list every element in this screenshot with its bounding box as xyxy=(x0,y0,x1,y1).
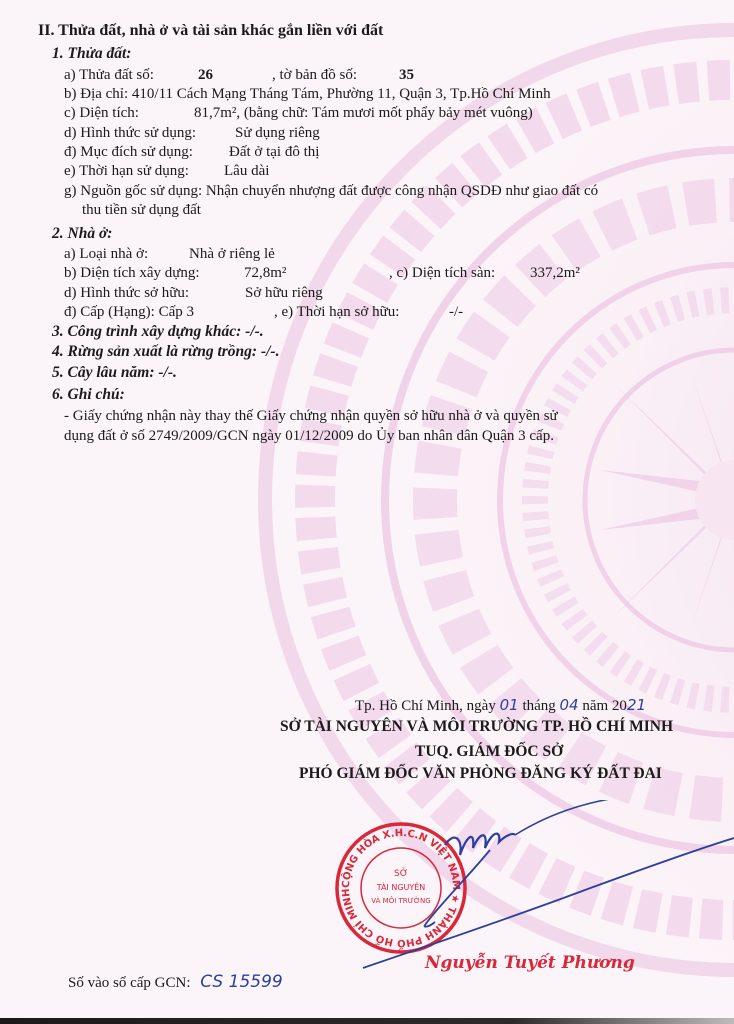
origin-value: Nhận chuyển nhượng đất được công nhận QS… xyxy=(206,183,598,199)
month-label: tháng xyxy=(522,698,555,714)
scan-edge xyxy=(0,1018,734,1024)
parcel-row: a) Thửa đất số: 26 , tờ bản đồ số: 35 xyxy=(64,66,154,84)
signer-position: PHÓ GIÁM ĐỐC VĂN PHÒNG ĐĂNG KÝ ĐẤT ĐAI xyxy=(299,765,662,783)
house-area-row: b) Diện tích xây dựng: 72,8m² , c) Diện … xyxy=(64,264,200,282)
origin-row: g) Nguồn gốc sử dụng: Nhận chuyển nhượng… xyxy=(64,182,598,200)
issuing-org: SỞ TÀI NGUYÊN VÀ MÔI TRƯỜNG TP. HỒ CHÍ M… xyxy=(280,718,673,736)
house-type-row: a) Loại nhà ở: Nhà ở riêng lẻ xyxy=(64,245,148,263)
floor-area-label: , c) Diện tích sàn: xyxy=(389,264,495,282)
purpose-label: đ) Mục đích sử dụng: xyxy=(64,144,193,160)
ownership-row: d) Hình thức sở hữu: Sở hữu riêng xyxy=(64,284,189,302)
place-date-prefix: Tp. Hồ Chí Minh, ngày xyxy=(355,698,496,714)
floor-area-value: 337,2m² xyxy=(530,264,580,282)
origin-label: g) Nguồn gốc sử dụng: xyxy=(64,183,202,199)
grade-label: đ) Cấp (Hạng): xyxy=(64,304,155,320)
usage-form-row: d) Hình thức sử dụng: Sử dụng riêng xyxy=(64,124,196,142)
house-type-value: Nhà ở riêng lẻ xyxy=(189,245,275,263)
perennial-trees: 5. Cây lâu năm: -/-. xyxy=(52,364,177,382)
area-label: c) Diện tích: xyxy=(64,105,139,121)
origin-continuation: thu tiền sử dụng đất xyxy=(82,201,201,219)
registry-label: Số vào sổ cấp GCN: xyxy=(68,975,191,991)
build-area-label: b) Diện tích xây dựng: xyxy=(64,265,200,281)
registry-row: Số vào sổ cấp GCN: CS 15599 xyxy=(68,973,283,992)
term-row: e) Thời hạn sử dụng: Lâu dài xyxy=(64,162,189,180)
area-row: c) Diện tích: 81,7m², (bằng chữ: Tám mươ… xyxy=(64,104,139,122)
month-handwritten: 04 xyxy=(560,696,579,714)
signature-stroke-icon: Nguyễn Tuyết Phương xyxy=(355,800,734,980)
notes-line-2: dụng đất ở số 2749/2009/GCN ngày 01/12/2… xyxy=(64,427,554,445)
term-value: Lâu dài xyxy=(224,162,269,180)
notes-line-1: - Giấy chứng nhận này thay thế Giấy chứn… xyxy=(64,407,558,425)
address-row: b) Địa chỉ: 410/11 Cách Mạng Tháng Tám, … xyxy=(64,85,551,103)
usage-form-label: d) Hình thức sử dụng: xyxy=(64,125,196,141)
purpose-row: đ) Mục đích sử dụng: Đất ở tại đô thị xyxy=(64,143,193,161)
tuq-title: TUQ. GIÁM ĐỐC SỞ xyxy=(415,743,563,761)
own-term-label: , e) Thời hạn sở hữu: xyxy=(274,303,399,321)
production-forest: 4. Rừng sản xuất là rừng trồng: -/-. xyxy=(52,343,279,361)
house-heading: 2. Nhà ở: xyxy=(52,225,112,243)
address-label: b) Địa chỉ: xyxy=(64,86,128,102)
map-label: , tờ bản đồ số: xyxy=(272,66,357,84)
signer-name: Nguyễn Tuyết Phương xyxy=(424,952,635,973)
term-label: e) Thời hạn sử dụng: xyxy=(64,163,189,179)
land-heading: 1. Thửa đất: xyxy=(52,45,131,63)
parcel-label: a) Thửa đất số: xyxy=(64,67,154,83)
other-construction: 3. Công trình xây dựng khác: -/-. xyxy=(52,323,264,341)
place-date: Tp. Hồ Chí Minh, ngày 01 tháng 04 năm 20… xyxy=(355,696,646,715)
address-value: 410/11 Cách Mạng Tháng Tám, Phường 11, Q… xyxy=(132,86,551,102)
day-handwritten: 01 xyxy=(500,696,519,714)
year-label: năm 20 xyxy=(582,698,627,714)
house-type-label: a) Loại nhà ở: xyxy=(64,246,148,262)
notes-heading: 6. Ghi chú: xyxy=(52,386,125,404)
purpose-value: Đất ở tại đô thị xyxy=(229,143,319,161)
usage-form-value: Sử dụng riêng xyxy=(235,124,320,142)
map-number: 35 xyxy=(399,66,414,84)
grade-value: Cấp 3 xyxy=(159,304,194,320)
parcel-number: 26 xyxy=(198,66,213,84)
build-area-value: 72,8m² xyxy=(244,264,286,282)
ownership-label: d) Hình thức sở hữu: xyxy=(64,285,189,301)
own-term-value: -/- xyxy=(449,303,463,321)
ownership-value: Sở hữu riêng xyxy=(245,284,323,302)
registry-value-handwritten: CS 15599 xyxy=(200,972,282,992)
area-value: 81,7m², (bằng chữ: Tám mươi mốt phẩy bảy… xyxy=(194,104,533,122)
grade-row: đ) Cấp (Hạng): Cấp 3 , e) Thời hạn sở hữ… xyxy=(64,303,194,321)
section-title: II. Thửa đất, nhà ở và tài sản khác gắn … xyxy=(38,22,383,40)
year-handwritten: 21 xyxy=(627,696,646,714)
